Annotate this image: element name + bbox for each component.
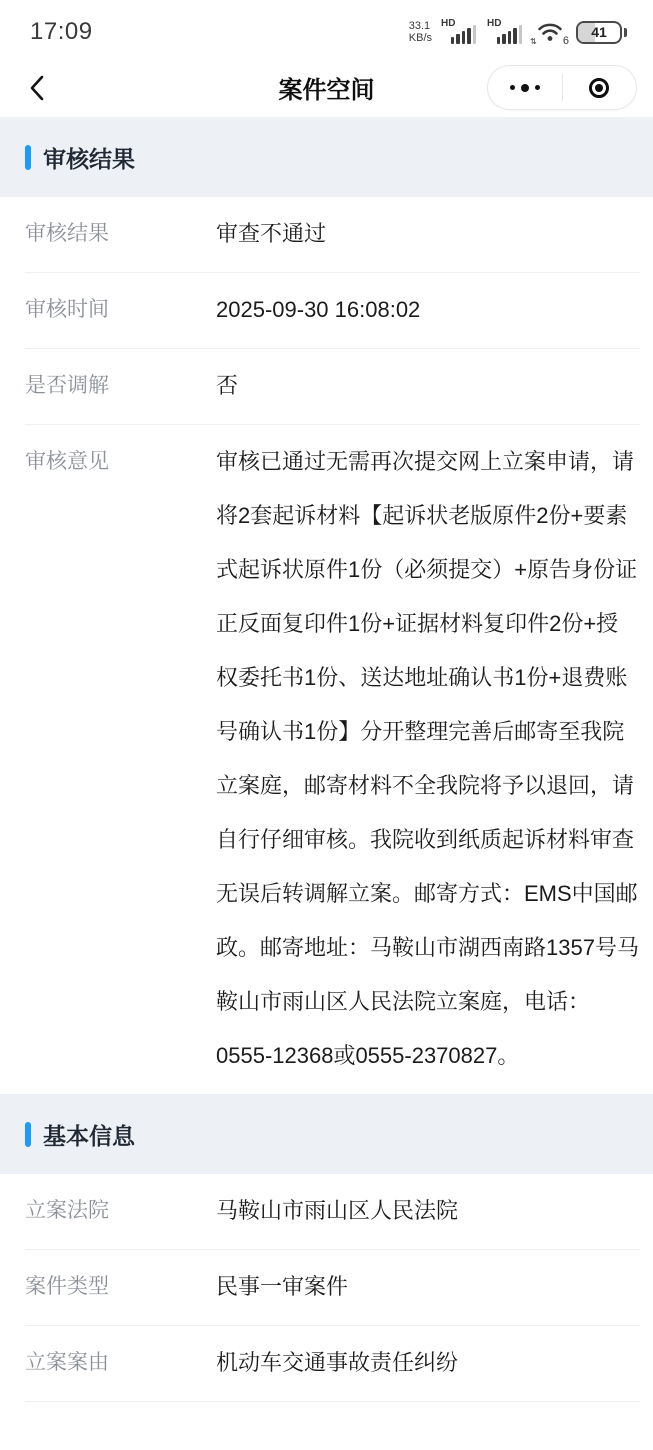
row-label: 案件类型 — [25, 1260, 216, 1314]
more-options-button[interactable] — [488, 66, 562, 109]
row-value: 审核已通过无需再次提交网上立案申请，请将2套起诉材料【起诉状老版原件2份+要素式… — [216, 435, 640, 1083]
row-label: 立案法院 — [25, 1184, 216, 1238]
battery-percent: 41 — [591, 24, 607, 40]
row-label: 立案案由 — [25, 1336, 216, 1390]
row-value: 机动车交通事故责任纠纷 — [216, 1336, 640, 1390]
row-label: 是否调解 — [25, 359, 216, 413]
nav-bar: 案件空间 — [0, 58, 653, 117]
wifi-generation-badge: 6 — [563, 35, 569, 47]
more-dots-icon — [510, 84, 540, 92]
network-speed-indicator: 33.1 KB/s — [409, 20, 432, 44]
row-label: 审核时间 — [25, 283, 216, 337]
info-row-filing-court: 立案法院 马鞍山市雨山区人民法院 — [25, 1174, 640, 1250]
status-bar: 17:09 33.1 KB/s HD HD ⇅ 6 — [0, 0, 653, 58]
info-row-mediation: 是否调解 否 — [25, 349, 640, 425]
network-speed-unit: KB/s — [409, 32, 432, 44]
info-row-review-result: 审核结果 审查不通过 — [25, 197, 640, 273]
info-row-review-time: 审核时间 2025-09-30 16:08:02 — [25, 273, 640, 349]
info-row-review-opinion: 审核意见 审核已通过无需再次提交网上立案申请，请将2套起诉材料【起诉状老版原件2… — [25, 425, 640, 1094]
battery-icon: 41 — [576, 21, 627, 44]
status-time: 17:09 — [30, 18, 93, 46]
network-speed-value: 33.1 — [409, 20, 430, 32]
row-value: 民事一审案件 — [216, 1260, 640, 1314]
section-header-basic-info: 基本信息 — [0, 1094, 653, 1174]
sim1-signal-bars-icon — [451, 25, 477, 44]
miniprogram-capsule — [487, 65, 637, 110]
section-title: 审核结果 — [43, 141, 135, 174]
row-label: 审核结果 — [25, 207, 216, 261]
battery-nub — [624, 28, 627, 37]
exit-miniprogram-button[interactable] — [563, 66, 637, 109]
battery-body: 41 — [576, 21, 622, 44]
section-header-review-result: 审核结果 — [0, 117, 653, 197]
section-accent-bar — [25, 1122, 31, 1147]
row-value: 审查不通过 — [216, 207, 640, 261]
row-value: 2025-09-30 16:08:02 — [216, 283, 640, 337]
row-value: 马鞍山市雨山区人民法院 — [216, 1184, 640, 1238]
info-row-case-cause: 立案案由 机动车交通事故责任纠纷 — [25, 1326, 640, 1402]
exit-target-icon — [589, 78, 609, 98]
sim1-signal-icon: HD — [441, 18, 478, 46]
case-space-screen: 17:09 33.1 KB/s HD HD ⇅ 6 — [0, 0, 653, 1450]
info-row-case-type: 案件类型 民事一审案件 — [25, 1250, 640, 1326]
row-value: 否 — [216, 359, 640, 413]
wifi-icon: ⇅ 6 — [533, 19, 567, 46]
wifi-traffic-arrows-icon: ⇅ — [530, 38, 537, 46]
sim2-signal-bars-icon — [497, 25, 523, 44]
sim2-signal-icon: HD — [487, 18, 524, 46]
section-accent-bar — [25, 145, 31, 170]
status-icons: 33.1 KB/s HD HD ⇅ 6 — [409, 18, 627, 46]
row-label: 审核意见 — [25, 435, 216, 489]
section-title: 基本信息 — [43, 1118, 135, 1151]
